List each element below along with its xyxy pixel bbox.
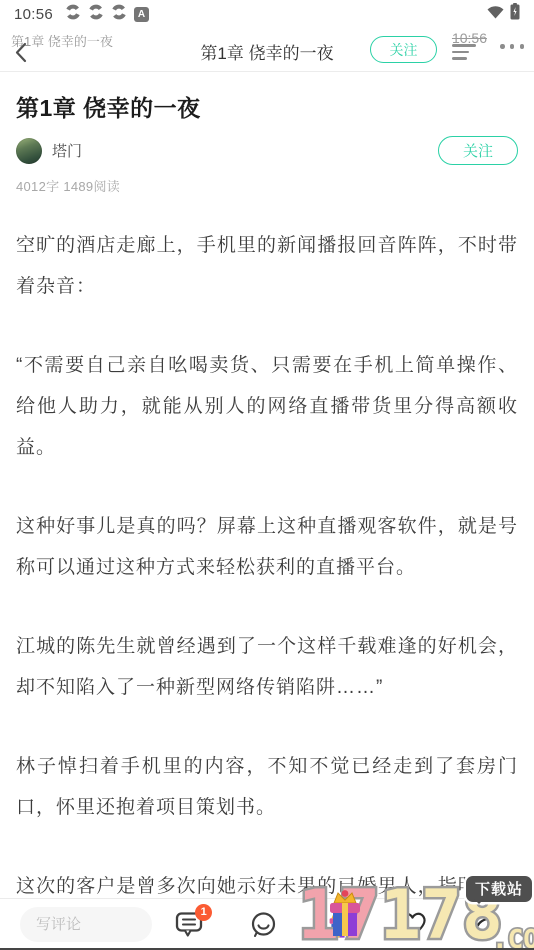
notification-icons: A xyxy=(65,4,149,25)
system-status-icons xyxy=(487,3,520,25)
chapter-stats: 4012字 1489阅读 xyxy=(16,176,518,195)
chapter-content: 第1章 侥幸的一夜 塔门 关注 4012字 1489阅读 空旷的酒店走廊上，手机… xyxy=(0,72,534,900)
author-row: 塔门 关注 xyxy=(16,136,518,165)
gift-button[interactable] xyxy=(320,907,356,943)
sync-icon xyxy=(111,4,127,25)
paragraph: 林子悼扫着手机里的内容，不知不觉已经走到了套房门口，怀里还抱着项目策划书。 xyxy=(16,746,518,828)
wifi-icon xyxy=(487,5,504,24)
navbar-title: 第1章 侥幸的一夜 xyxy=(200,39,333,64)
chapter-list-icon[interactable] xyxy=(452,44,478,64)
follow-button-author[interactable]: 关注 xyxy=(438,136,518,165)
status-bar: 10:56 A xyxy=(0,0,534,28)
paragraph: 这种好事儿是真的吗？屏幕上这种直播观客软件，就是号称可以通过这种方式来轻松获利的… xyxy=(16,506,518,588)
paragraph: “不需要自己亲自吆喝卖货、只需要在手机上简单操作、给他人助力，就能从别人的网络直… xyxy=(16,345,518,468)
navbar: 第1章 侥幸的一夜 第1章 侥幸的一夜 关注 10:56 xyxy=(0,28,534,72)
share-icon xyxy=(472,911,502,938)
comment-input[interactable] xyxy=(20,907,152,942)
emoji-icon xyxy=(250,911,277,938)
app-screen: 10:56 A 第1章 侥幸的一夜 第1章 侥幸 xyxy=(0,0,534,950)
follow-button-navbar[interactable]: 关注 xyxy=(370,36,437,63)
sync-icon xyxy=(88,4,104,25)
sync-icon xyxy=(65,4,81,25)
emoji-button[interactable] xyxy=(246,907,282,943)
paragraph: 江城的陈先生就曾经遇到了一个这样千载难逢的好机会，却不知陷入了一种新型网络传销陷… xyxy=(16,626,518,708)
gift-icon xyxy=(323,910,353,940)
author-name[interactable]: 塔门 xyxy=(52,140,82,161)
more-icon[interactable] xyxy=(498,41,526,63)
share-button[interactable] xyxy=(469,907,505,943)
paragraph: 空旷的酒店走廊上，手机里的新闻播报回音阵阵，不时带着杂音： xyxy=(16,225,518,307)
battery-charging-icon xyxy=(510,3,520,25)
heart-icon xyxy=(397,910,428,939)
paragraph: 这次的客户是曾多次向她示好未果的已婚男人，指明让她凌晨一点来这儿找她谈合作。 xyxy=(16,866,518,900)
comments-button[interactable]: 1 xyxy=(171,907,207,943)
avatar[interactable] xyxy=(16,138,42,164)
chapter-title: 第1章 侥幸的一夜 xyxy=(16,90,518,123)
comment-count-badge: 1 xyxy=(195,904,212,921)
ghost-chapter-title: 第1章 侥幸的一夜 xyxy=(11,31,113,50)
ghost-time: 10:56 xyxy=(452,30,487,46)
like-button[interactable] xyxy=(394,907,430,943)
chapter-paragraphs: 空旷的酒店走廊上，手机里的新闻播报回音阵阵，不时带着杂音： “不需要自己亲自吆喝… xyxy=(16,225,518,900)
bottom-toolbar: 1 xyxy=(0,898,534,950)
auto-brightness-icon: A xyxy=(134,7,149,22)
clock: 10:56 xyxy=(14,6,53,23)
